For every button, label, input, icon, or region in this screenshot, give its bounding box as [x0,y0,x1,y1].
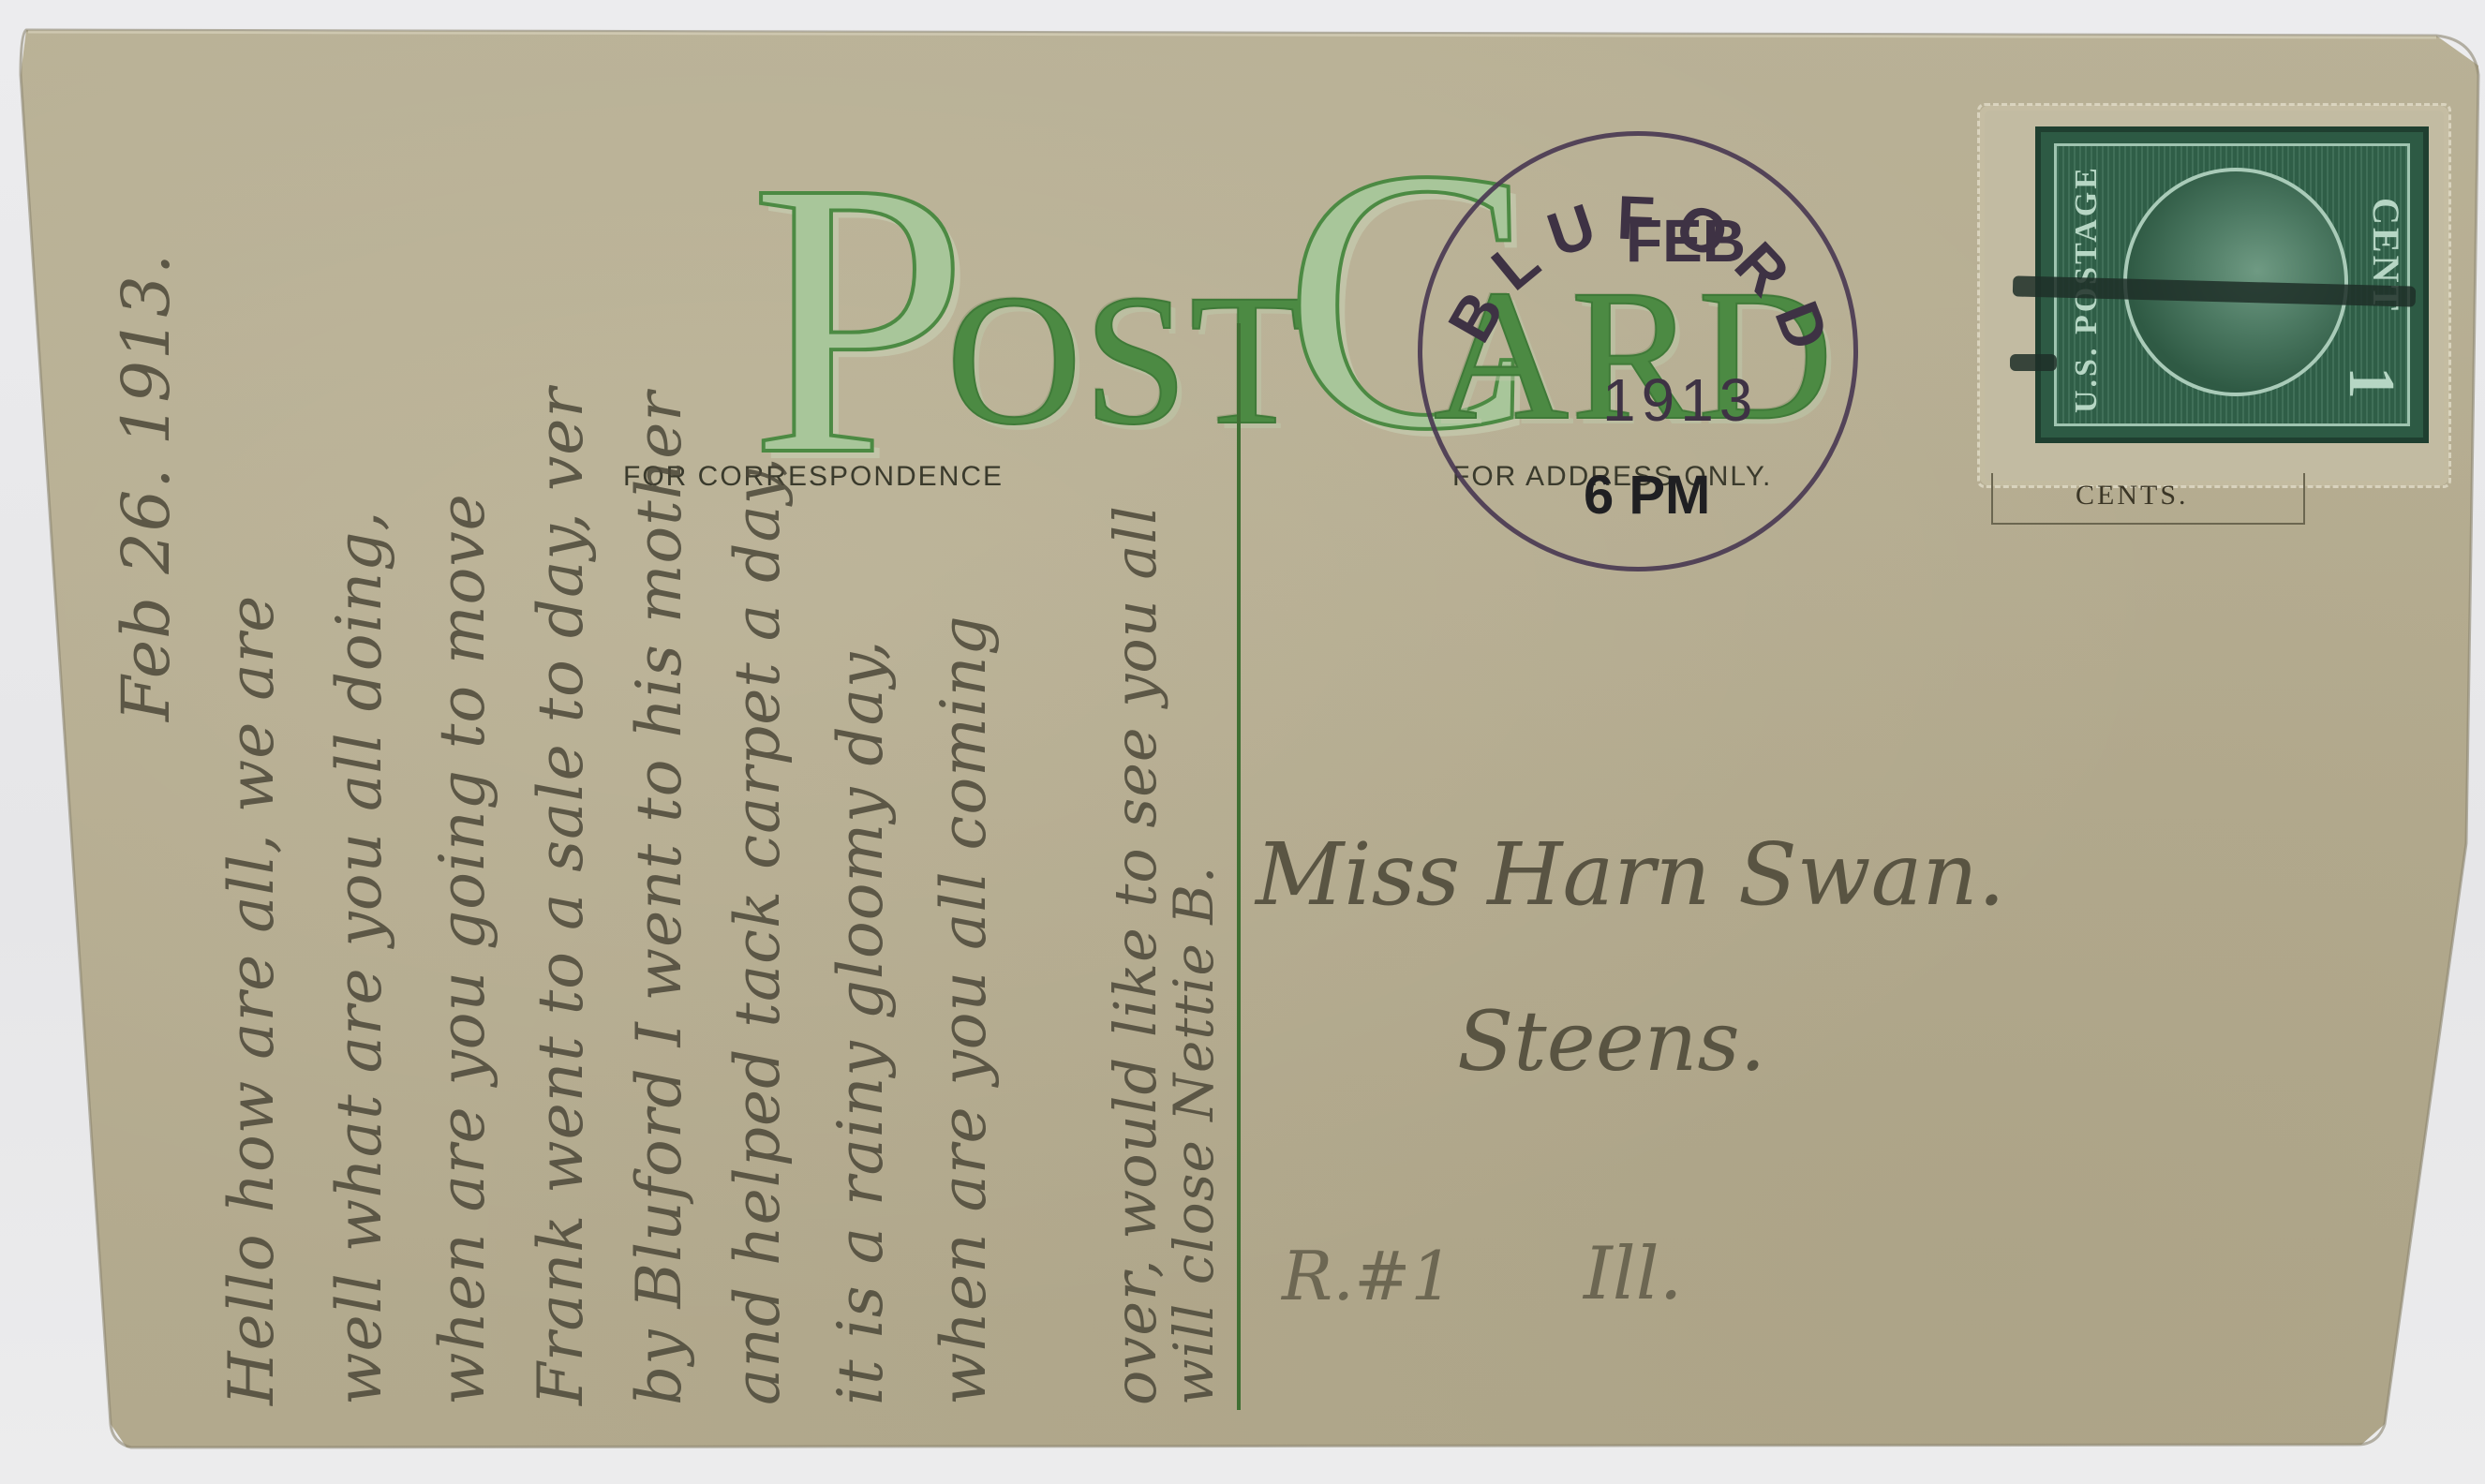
message-line-date: Feb 26. 1913. [108,253,185,721]
message-line: Hello how are all, we are [216,595,288,1405]
message-line: it is a rainy gloomy day, [825,640,897,1405]
title-post: OST [946,253,1306,467]
address-name: Miss Harn Swan. [1256,824,2005,925]
message-line: over, would like to see you all [1101,505,1169,1405]
message-line: when are you going to move [426,493,498,1405]
stamp-value-numeral: 1 [2333,366,2408,402]
address-town: Steens. [1457,993,1766,1090]
postmark-year: 1913 [1602,365,1758,435]
message-line: and helped tack carpet a day, [722,456,794,1405]
postmark-month: FEB [1626,206,1746,275]
message-line: Frank went to a sale to day, ver [525,387,597,1405]
stamp-cents-label: CENTS. [2076,480,2189,512]
photo-scene: P OST C ARD FOR CORRESPONDENCE FOR ADDRE… [0,0,2485,1484]
message-line: by Bluford I went to his mother [623,391,695,1405]
message-line: well what are you all doing, [323,511,395,1405]
message-line: when are you all coming [928,615,1000,1405]
message-signature: will close Nettie B. [1162,866,1226,1405]
center-divider-line [1237,323,1241,1410]
cancellation-bar-2 [2010,354,2057,371]
address-state: Ill. [1584,1232,1683,1316]
address-route: R.#1 [1282,1237,1453,1315]
postmark-time: 6 PM [1584,464,1710,527]
